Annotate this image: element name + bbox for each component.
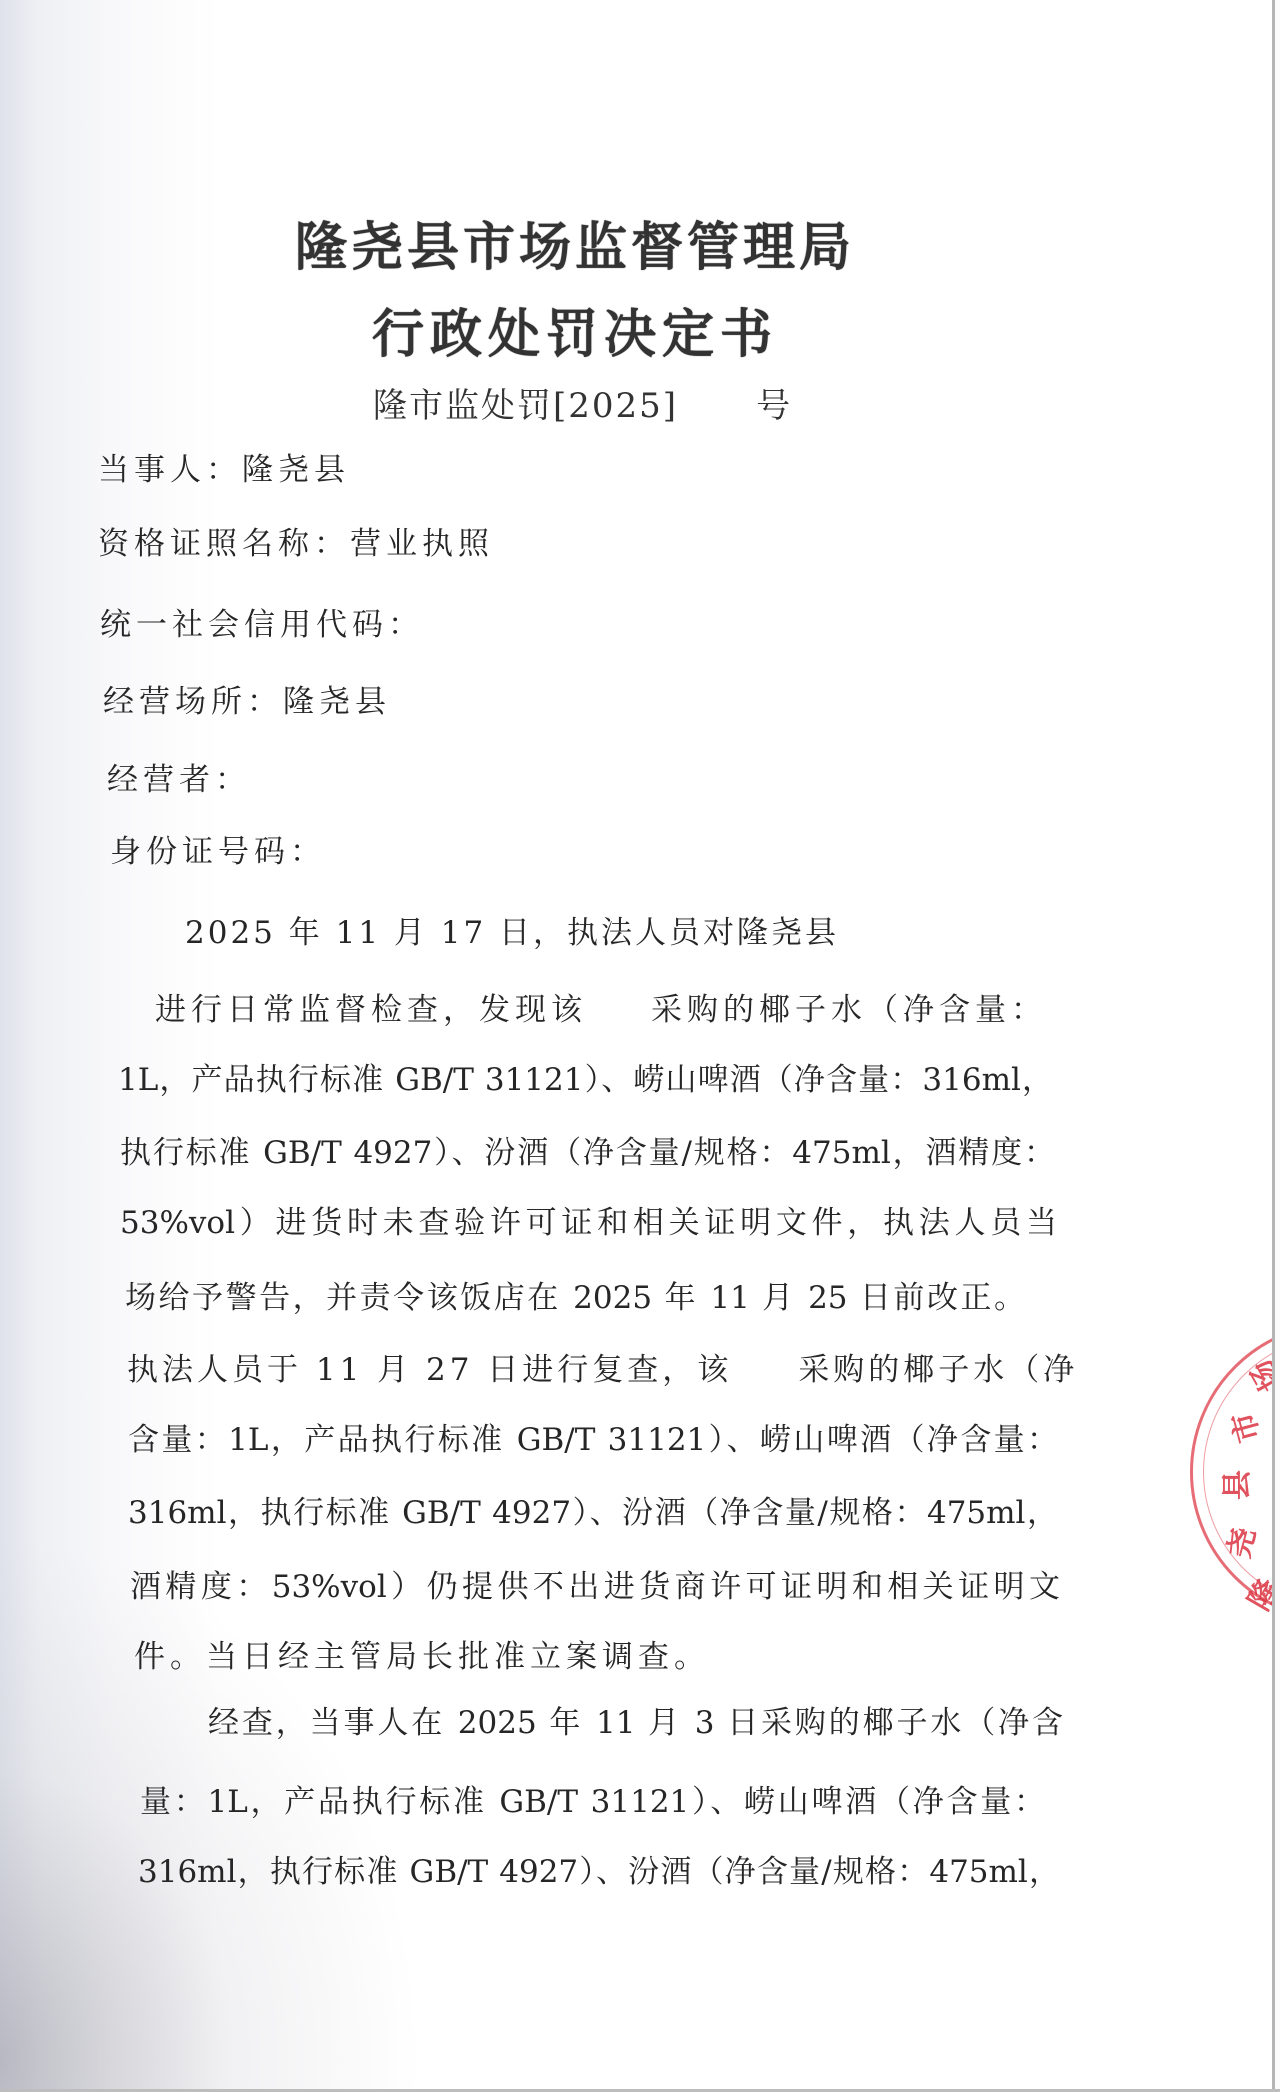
agency-title: 隆尧县市场监督管理局: [0, 205, 1150, 280]
official-seal: 隆 尧 县 市 场: [1180, 1300, 1272, 1660]
operator-row: 经营者：: [107, 760, 251, 800]
body-line: 执法人员于 11 月 27 日进行复查，该采购的椰子水（净: [127, 1350, 1078, 1390]
party-name-label: 当事人：: [98, 452, 242, 488]
id-number-label: 身份证号码：: [110, 834, 326, 870]
credit-code-label: 统一社会信用代码：: [100, 607, 424, 643]
credit-code-row: 统一社会信用代码：: [100, 605, 424, 645]
body-line: 316ml，执行标准 GB/T 4927）、汾酒（净含量/规格：475ml，: [138, 1852, 1060, 1892]
body-line-part: 采购的椰子水（净含量：: [651, 992, 1047, 1028]
body-line: 量：1L，产品执行标准 GB/T 31121）、崂山啤酒（净含量：: [140, 1782, 1045, 1822]
body-line: 件。当日经主管局长批准立案调查。: [134, 1637, 710, 1677]
body-line: 1L，产品执行标准 GB/T 31121）、崂山啤酒（净含量：316ml，: [118, 1060, 1053, 1100]
document-number: 隆市监处罚[2025]号: [373, 378, 792, 427]
page-edge-right: [1272, 0, 1275, 2092]
id-number-row: 身份证号码：: [110, 832, 326, 872]
body-line: 含量：1L，产品执行标准 GB/T 31121）、崂山啤酒（净含量：: [128, 1420, 1058, 1460]
business-address-value: 隆尧县: [283, 684, 391, 720]
business-address-label: 经营场所：: [103, 684, 283, 720]
seal-char: 县: [1223, 1470, 1253, 1500]
body-line: 经查，当事人在 2025 年 11 月 3 日采购的椰子水（净含: [208, 1703, 1063, 1743]
party-name-row: 当事人：隆尧县: [98, 450, 350, 490]
business-address-row: 经营场所：隆尧县: [103, 682, 391, 722]
body-line: 316ml，执行标准 GB/T 4927）、汾酒（净含量/规格：475ml，: [128, 1493, 1058, 1533]
page-edge-margin: [1275, 0, 1280, 2092]
operator-label: 经营者：: [107, 762, 251, 798]
body-line-part: 采购的椰子水（净: [798, 1352, 1078, 1388]
body-line-part: 进行日常监督检查，发现该: [155, 992, 587, 1028]
body-line: 53%vol）进货时未查验许可证和相关证明文件，执法人员当: [120, 1203, 1057, 1243]
document-number-prefix: 隆市监处罚[2025]: [373, 386, 678, 426]
body-line-part: 执法人员于 11 月 27 日进行复查，该: [127, 1352, 732, 1388]
body-line: 2025 年 11 月 17 日，执法人员对隆尧县: [185, 913, 839, 953]
body-line: 场给予警告，并责令该饭店在 2025 年 11 月 25 日前改正。: [125, 1278, 1025, 1318]
body-line: 酒精度：53%vol）仍提供不出进货商许可证明和相关证明文: [130, 1567, 1060, 1607]
document-title: 行政处罚决定书: [0, 292, 1150, 367]
document-number-suffix: 号: [756, 386, 792, 426]
body-line: 进行日常监督检查，发现该采购的椰子水（净含量：: [155, 990, 1047, 1030]
party-name-value: 隆尧县: [242, 452, 350, 488]
body-line: 执行标准 GB/T 4927）、汾酒（净含量/规格：475ml，酒精度：: [120, 1133, 1055, 1173]
license-name-label: 资格证照名称：: [98, 526, 350, 562]
license-name-value: 营业执照: [350, 526, 494, 562]
license-name-row: 资格证照名称：营业执照: [98, 524, 494, 564]
